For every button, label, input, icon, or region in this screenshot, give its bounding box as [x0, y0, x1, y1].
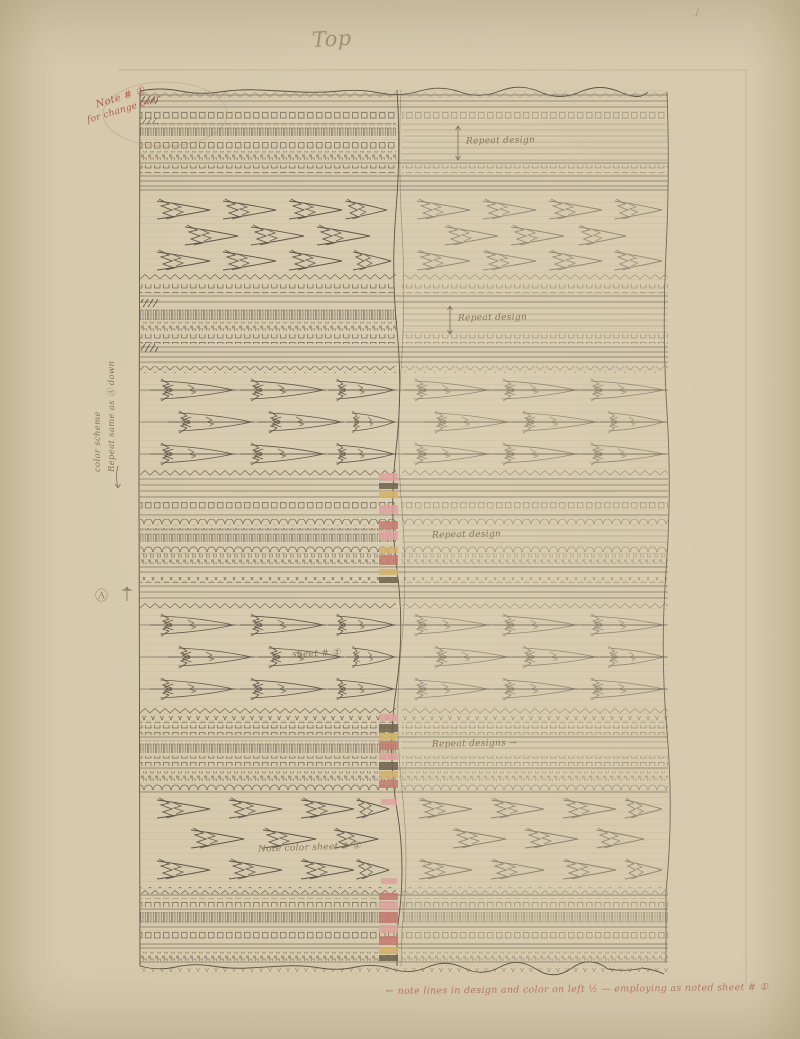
sheet-number-annotation: sheet # ① — [292, 648, 341, 661]
color-scheme-line2: Repeat same as Ⓐ down — [106, 364, 120, 472]
repeat-design-annotation-center: Repeat design — [432, 529, 501, 541]
up-arrow-icon — [122, 587, 132, 601]
repeat-design-annotation-mid: Repeat design — [458, 312, 527, 324]
bottom-border-band — [140, 895, 668, 974]
textile-drawing — [0, 0, 800, 1039]
color-scheme-line1: color scheme — [92, 364, 106, 472]
marker-a-annotation: Ⓐ — [95, 589, 108, 605]
zigzag-border — [140, 274, 396, 281]
repeat-design-annotation-top: Repeat design — [466, 135, 535, 147]
color-scheme-annotation: color scheme Repeat same as Ⓐ down — [92, 364, 119, 472]
scanned-drawing-sheet: Top 1 Note # ① for change over Repeat de… — [0, 0, 800, 1039]
repeat-designs-annotation: Repeat designs → — [432, 738, 517, 751]
top-orientation-label: Top — [311, 25, 352, 53]
